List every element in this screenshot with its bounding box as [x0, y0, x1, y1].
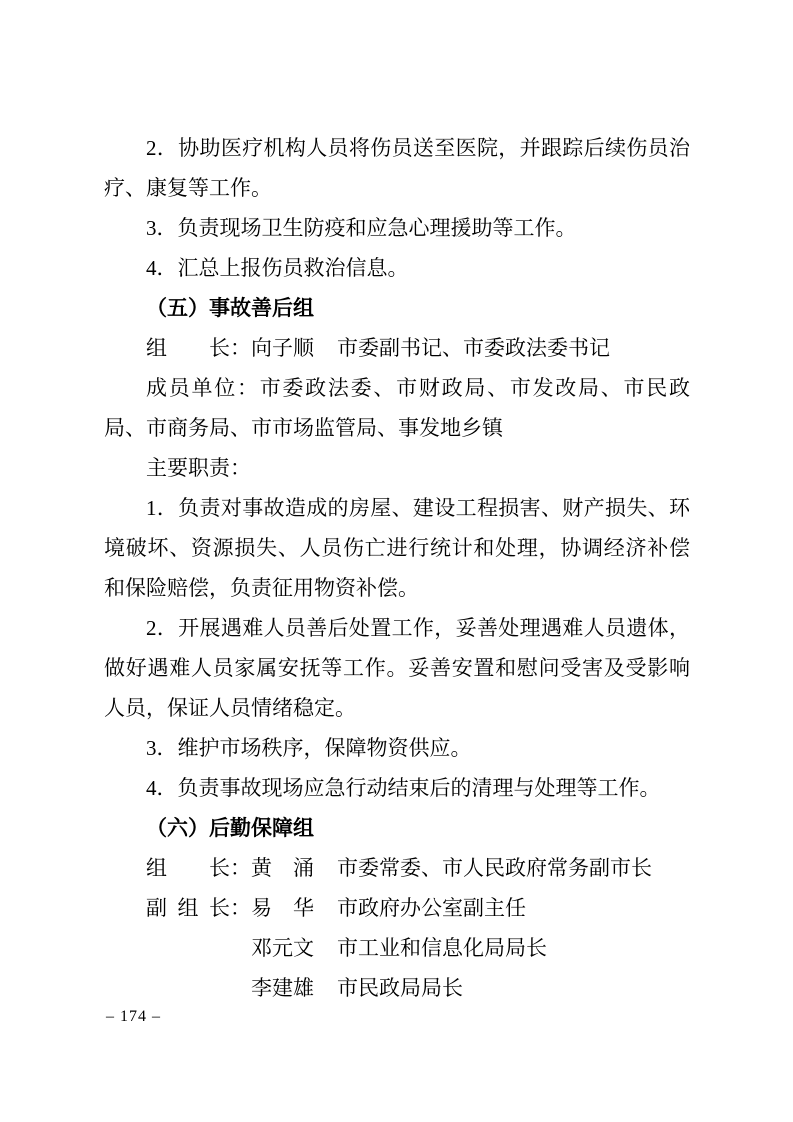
roster-line: 李建雄 市民政局局长: [104, 968, 690, 1008]
paragraph-duty: 3．负责现场卫生防疫和应急心理援助等工作。: [104, 208, 690, 248]
roster-line: 组 长： 向子顺 市委副书记、市委政法委书记: [104, 328, 690, 368]
document-page: 2．协助医疗机构人员将伤员送至医院，并跟踪后续伤员治疗、康复等工作。 3．负责现…: [0, 0, 793, 1122]
paragraph-duties-label: 主要职责：: [104, 448, 690, 488]
roster-line: 邓元文 市工业和信息化局局长: [104, 928, 690, 968]
document-body: 2．协助医疗机构人员将伤员送至医院，并跟踪后续伤员治疗、康复等工作。 3．负责现…: [104, 128, 690, 1008]
roster-person-name: 邓元文: [251, 928, 337, 968]
roster-person-title: 市委常委、市人民政府常务副市长: [337, 848, 690, 888]
section-heading-five: （五）事故善后组: [104, 288, 690, 328]
roster-person-title: 市政府办公室副主任: [337, 888, 690, 928]
roster-role-label: [146, 968, 251, 1008]
roster-person-name: 易 华: [251, 888, 337, 928]
roster-line: 副 组 长： 易 华 市政府办公室副主任: [104, 888, 690, 928]
paragraph-duty: 2．协助医疗机构人员将伤员送至医院，并跟踪后续伤员治疗、康复等工作。: [104, 128, 690, 208]
roster-person-name: 黄 涌: [251, 848, 337, 888]
page-number: – 174 –: [106, 1005, 161, 1029]
roster-role-label: 组 长：: [146, 848, 251, 888]
roster-role-label: 副 组 长：: [146, 888, 251, 928]
paragraph-member-units: 成员单位：市委政法委、市财政局、市发改局、市民政局、市商务局、市市场监管局、事发…: [104, 368, 690, 448]
paragraph-duty: 2．开展遇难人员善后处置工作，妥善处理遇难人员遗体，做好遇难人员家属安抚等工作。…: [104, 608, 690, 728]
roster-role-label: 组 长：: [146, 328, 251, 368]
roster-person-title: 市民政局局长: [337, 968, 690, 1008]
roster-person-name: 李建雄: [251, 968, 337, 1008]
roster-person-title: 市委副书记、市委政法委书记: [337, 328, 690, 368]
roster-person-name: 向子顺: [251, 328, 337, 368]
roster-person-title: 市工业和信息化局局长: [337, 928, 690, 968]
paragraph-duty: 1．负责对事故造成的房屋、建设工程损害、财产损失、环境破坏、资源损失、人员伤亡进…: [104, 488, 690, 608]
section-heading-six: （六）后勤保障组: [104, 808, 690, 848]
paragraph-duty: 4．汇总上报伤员救治信息。: [104, 248, 690, 288]
roster-line: 组 长： 黄 涌 市委常委、市人民政府常务副市长: [104, 848, 690, 888]
paragraph-duty: 4．负责事故现场应急行动结束后的清理与处理等工作。: [104, 768, 690, 808]
roster-role-label: [146, 928, 251, 968]
paragraph-duty: 3．维护市场秩序，保障物资供应。: [104, 728, 690, 768]
